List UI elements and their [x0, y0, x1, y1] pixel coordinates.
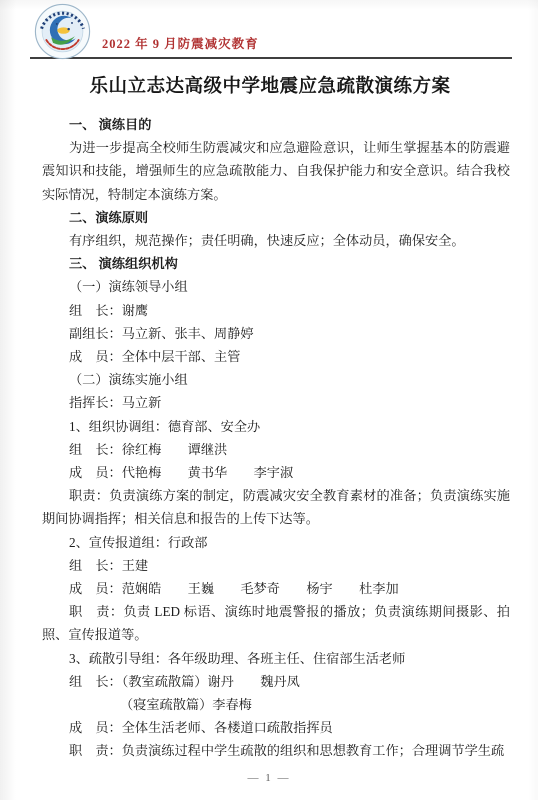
paragraph: 职责：负责演练方案的制定，防震减灾安全教育素材的准备；负责演练实施期间协调指挥；…: [42, 484, 510, 530]
section-heading: 二、演练原则: [42, 206, 510, 229]
school-logo-icon: [34, 3, 91, 60]
text-line: 成 员：全体中层干部、主管: [42, 345, 510, 368]
section-heading: 三、 演练组织机构: [42, 252, 510, 275]
text-line: 指挥长：马立新: [42, 391, 510, 414]
paragraph: 为进一步提高全校师生防震减灾和应急避险意识，让师生掌握基本的防震避震知识和技能，…: [42, 136, 510, 206]
document-body: 一、 演练目的为进一步提高全校师生防震减灾和应急避险意识，让师生掌握基本的防震避…: [42, 113, 510, 763]
text-line: 组 长：徐红梅 谭继洪: [42, 438, 510, 461]
paragraph: 职 责：负责 LED 标语、演练时地震警报的播放；负责演练期间摄影、拍照、宣传报…: [42, 600, 510, 646]
paragraph: 职 责：负责演练过程中学生疏散的组织和思想教育工作；合理调节学生疏: [42, 739, 510, 762]
section-heading: 一、 演练目的: [42, 113, 510, 136]
page-footer: — 1 —: [0, 772, 538, 784]
header-banner-text: 2022 年 9 月防震减灾教育: [102, 34, 259, 52]
text-line: （二）演练实施小组: [42, 368, 510, 391]
page-header: 2022 年 9 月防震减灾教育: [30, 0, 512, 59]
text-line: 组 长：王建: [42, 554, 510, 577]
text-line: 成 员：全体生活老师、各楼道口疏散指挥员: [42, 716, 510, 739]
text-line: 1、组织协调组：德育部、安全办: [42, 415, 510, 438]
text-line: 成 员：范娴皓 王巍 毛梦奇 杨宇 杜李加: [42, 577, 510, 600]
document-page: 2022 年 9 月防震减灾教育 乐山立志达高级中学地震应急疏散演练方案 一、 …: [0, 0, 538, 800]
text-line: 组 长：（教室疏散篇）谢丹 魏丹凤: [42, 670, 510, 693]
text-line: 副组长：马立新、张丰、周静婷: [42, 322, 510, 345]
text-line: 组 长：谢鹰: [42, 299, 510, 322]
paragraph: 有序组织，规范操作；责任明确，快速反应；全体动员，确保安全。: [42, 229, 510, 252]
text-line: （一）演练领导小组: [42, 275, 510, 298]
document-title: 乐山立志达高级中学地震应急疏散演练方案: [30, 72, 510, 98]
text-line: 成 员：代艳梅 黄书华 李宇淑: [42, 461, 510, 484]
page-number: — 1 —: [248, 772, 291, 784]
text-line-continued: （寝室疏散篇）李春梅: [42, 693, 510, 716]
text-line: 3、疏散引导组：各年级助理、各班主任、住宿部生活老师: [42, 647, 510, 670]
text-line: 2、宣传报道组：行政部: [42, 531, 510, 554]
